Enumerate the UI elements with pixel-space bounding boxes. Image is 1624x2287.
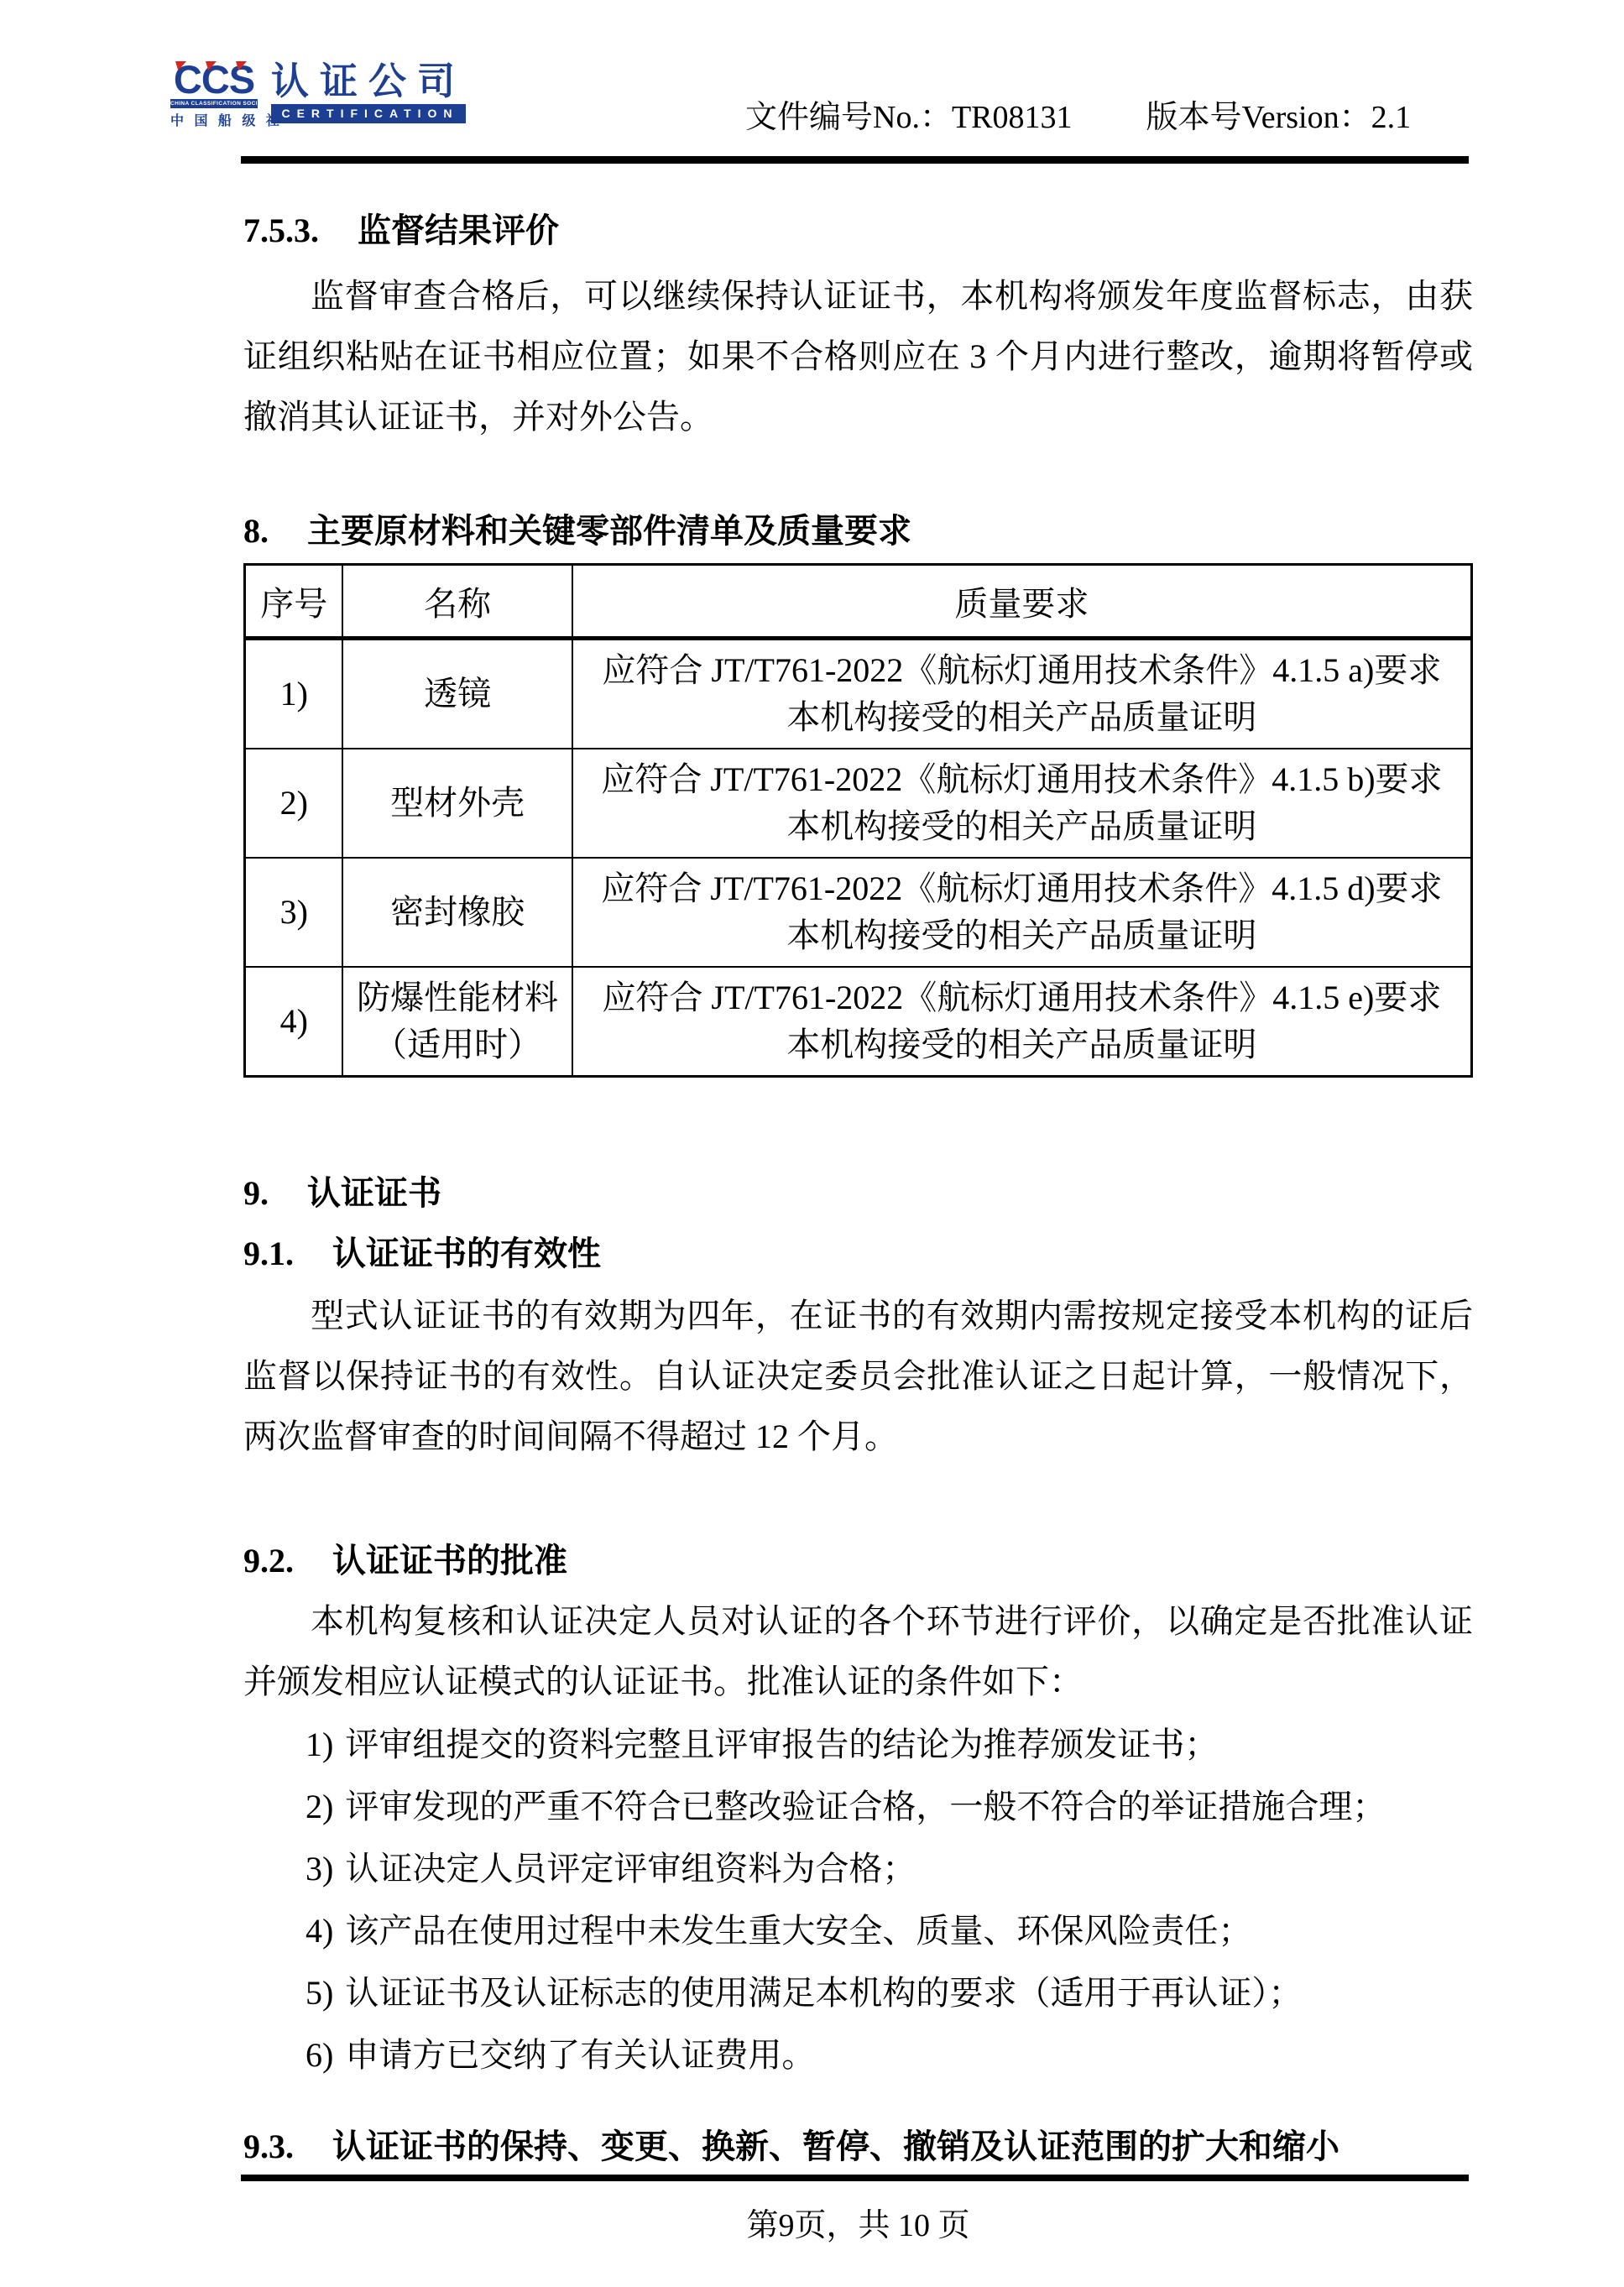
- cell-requirement: 应符合 JT/T761-2022《航标灯通用技术条件》4.1.5 d)要求本机构…: [572, 858, 1472, 967]
- cell-name-line: 密封橡胶: [348, 889, 566, 936]
- cell-requirement: 应符合 JT/T761-2022《航标灯通用技术条件》4.1.5 b)要求本机构…: [572, 749, 1472, 858]
- ccs-company-name: 认证公司: [271, 62, 466, 101]
- section-number: 9.3.: [243, 2128, 294, 2165]
- requirement-line: 应符合 JT/T761-2022《航标灯通用技术条件》4.1.5 b)要求: [578, 756, 1465, 803]
- document-page: CCS CHINA CLASSIFICATION SOCIETY 中 国 船 级…: [0, 0, 1624, 2287]
- cell-no: 4): [245, 967, 343, 1077]
- list-item: 2)评审发现的严重不符合已整改验证合格，一般不符合的举证措施合理；: [305, 1776, 1473, 1838]
- section-number: 9.1.: [243, 1235, 294, 1272]
- document-body: 7.5.3.监督结果评价 监督审查合格后，可以继续保持认证证书，本机构将颁发年度…: [243, 206, 1473, 2169]
- cell-name: 透镜: [342, 639, 572, 749]
- paragraph-9-1: 型式认证证书的有效期为四年，在证书的有效期内需按规定接受本机构的证后监督以保持证…: [243, 1286, 1473, 1467]
- list-marker: 3): [305, 1850, 333, 1888]
- section-title: 认证证书的保持、变更、换新、暂停、撤销及认证范围的扩大和缩小: [332, 2128, 1339, 2165]
- cell-name: 密封橡胶: [342, 858, 572, 967]
- ccs-logo-text: CCS: [170, 62, 258, 97]
- list-item: 3)认证决定人员评定评审组资料为合格；: [305, 1838, 1473, 1900]
- section-heading-8: 8.主要原材料和关键零部件清单及质量要求: [243, 509, 1473, 553]
- cell-name-line: 透镜: [348, 671, 566, 718]
- table-row: 1) 透镜 应符合 JT/T761-2022《航标灯通用技术条件》4.1.5 a…: [245, 639, 1472, 749]
- ccs-logo-left: CCS CHINA CLASSIFICATION SOCIETY 中 国 船 级…: [170, 62, 258, 129]
- list-text: 认证决定人员评定评审组资料为合格；: [345, 1850, 916, 1888]
- cell-name-line: 防爆性能材料: [348, 974, 566, 1021]
- section-heading-9: 9.认证证书: [243, 1172, 1473, 1215]
- cell-no: 3): [245, 858, 343, 967]
- list-item: 6)申请方已交纳了有关认证费用。: [305, 2024, 1473, 2086]
- table-header-row: 序号 名称 质量要求: [245, 565, 1472, 639]
- section-title: 主要原材料和关键零部件清单及质量要求: [307, 513, 911, 550]
- document-meta: 文件编号No.：TR08131 版本号Version：2.1: [745, 91, 1411, 137]
- requirement-line: 本机构接受的相关产品质量证明: [578, 694, 1465, 741]
- cell-name-line: 型材外壳: [348, 780, 566, 827]
- list-item: 4)该产品在使用过程中未发生重大安全、质量、环保风险责任；: [305, 1900, 1473, 1962]
- list-item: 1)评审组提交的资料完整且评审报告的结论为推荐颁发证书；: [305, 1714, 1473, 1776]
- list-text: 申请方已交纳了有关认证费用。: [345, 2036, 815, 2074]
- requirement-line: 本机构接受的相关产品质量证明: [578, 912, 1465, 959]
- list-marker: 2): [305, 1788, 333, 1825]
- cell-name: 防爆性能材料（适用时）: [342, 967, 572, 1077]
- col-header-requirement: 质量要求: [572, 565, 1472, 639]
- cell-name: 型材外壳: [342, 749, 572, 858]
- ccs-logo: CCS CHINA CLASSIFICATION SOCIETY 中 国 船 级…: [170, 62, 466, 129]
- section-number: 9.2.: [243, 1542, 294, 1579]
- cell-requirement: 应符合 JT/T761-2022《航标灯通用技术条件》4.1.5 e)要求本机构…: [572, 967, 1472, 1077]
- list-text: 该产品在使用过程中未发生重大安全、质量、环保风险责任；: [345, 1912, 1251, 1950]
- section-title: 认证证书的批准: [332, 1543, 567, 1579]
- conditions-list: 1)评审组提交的资料完整且评审报告的结论为推荐颁发证书； 2)评审发现的严重不符…: [243, 1714, 1473, 2086]
- list-marker: 4): [305, 1912, 333, 1950]
- cell-requirement: 应符合 JT/T761-2022《航标灯通用技术条件》4.1.5 a)要求本机构…: [572, 639, 1472, 749]
- section-number: 9.: [243, 1174, 269, 1212]
- cell-name-line: （适用时）: [348, 1021, 566, 1068]
- requirement-line: 本机构接受的相关产品质量证明: [578, 803, 1465, 850]
- materials-table: 序号 名称 质量要求 1) 透镜 应符合 JT/T761-2022《航标灯通用技…: [243, 563, 1473, 1078]
- table-row: 3) 密封橡胶 应符合 JT/T761-2022《航标灯通用技术条件》4.1.5…: [245, 858, 1472, 967]
- list-item: 5)认证证书及认证标志的使用满足本机构的要求（适用于再认证）；: [305, 1962, 1473, 2024]
- cell-no: 1): [245, 639, 343, 749]
- list-text: 认证证书及认证标志的使用满足本机构的要求（适用于再认证）；: [345, 1974, 1302, 2012]
- section-heading-9-1: 9.1.认证证书的有效性: [243, 1232, 1473, 1276]
- list-marker: 6): [305, 2036, 333, 2074]
- section-heading-7-5-3: 7.5.3.监督结果评价: [243, 209, 1473, 253]
- requirement-line: 应符合 JT/T761-2022《航标灯通用技术条件》4.1.5 e)要求: [578, 974, 1465, 1021]
- table-row: 2) 型材外壳 应符合 JT/T761-2022《航标灯通用技术条件》4.1.5…: [245, 749, 1472, 858]
- requirement-line: 应符合 JT/T761-2022《航标灯通用技术条件》4.1.5 d)要求: [578, 865, 1465, 912]
- ccs-logo-right: 认证公司 CERTIFICATION: [271, 62, 466, 123]
- requirement-line: 本机构接受的相关产品质量证明: [578, 1021, 1465, 1068]
- section-title: 监督结果评价: [358, 212, 559, 249]
- version-number: 版本号Version：2.1: [1146, 91, 1412, 137]
- section-heading-9-2: 9.2.认证证书的批准: [243, 1539, 1473, 1583]
- ccs-certification-label: CERTIFICATION: [271, 104, 466, 123]
- footer-rule: [241, 2175, 1469, 2181]
- table-row: 4) 防爆性能材料（适用时） 应符合 JT/T761-2022《航标灯通用技术条…: [245, 967, 1472, 1077]
- list-text: 评审组提交的资料完整且评审报告的结论为推荐颁发证书；: [345, 1726, 1218, 1763]
- list-marker: 1): [305, 1726, 333, 1763]
- ccs-society-cn: 中 国 船 级 社: [170, 110, 258, 129]
- section-title: 认证证书的有效性: [332, 1235, 601, 1272]
- section-number: 8.: [243, 512, 269, 550]
- paragraph-7-5-3: 监督审查合格后，可以继续保持认证证书，本机构将颁发年度监督标志，由获证组织粘贴在…: [243, 266, 1473, 447]
- section-title: 认证证书: [307, 1175, 441, 1212]
- document-number: 文件编号No.：TR08131: [745, 91, 1073, 137]
- page-number: 第9页，共 10 页: [243, 2199, 1473, 2245]
- col-header-name: 名称: [342, 565, 572, 639]
- section-heading-9-3: 9.3.认证证书的保持、变更、换新、暂停、撤销及认证范围的扩大和缩小: [243, 2125, 1473, 2169]
- list-text: 评审发现的严重不符合已整改验证合格，一般不符合的举证措施合理；: [345, 1788, 1386, 1825]
- cell-no: 2): [245, 749, 343, 858]
- list-marker: 5): [305, 1974, 333, 2012]
- paragraph-9-2: 本机构复核和认证决定人员对认证的各个环节进行评价，以确定是否批准认证并颁发相应认…: [243, 1591, 1473, 1712]
- header-rule: [241, 156, 1469, 164]
- requirement-line: 应符合 JT/T761-2022《航标灯通用技术条件》4.1.5 a)要求: [578, 647, 1465, 694]
- col-header-no: 序号: [245, 565, 343, 639]
- section-number: 7.5.3.: [243, 211, 319, 249]
